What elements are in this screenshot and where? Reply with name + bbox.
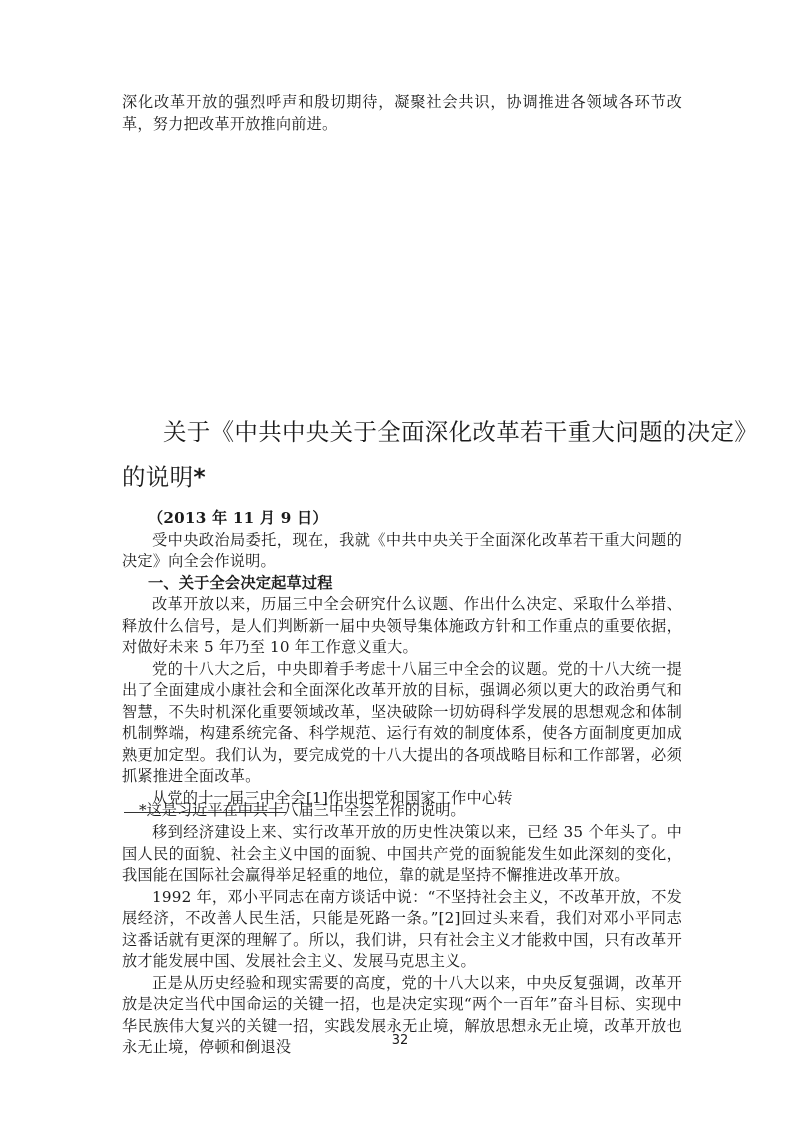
date-line: （2013 年 11 月 9 日） <box>122 508 682 530</box>
top-paragraph: 深化改革开放的强烈呼声和殷切期待，凝聚社会共识，协调推进各领域各环节改革，努力把… <box>122 92 682 135</box>
title-line-2-text: 的说明 <box>122 463 193 491</box>
continuation-paragraph: 移到经济建设上来、实行改革开放的历史性决策以来，已经 35 个年头了。中国人民的… <box>122 822 682 887</box>
section-heading: 一、关于全会决定起草过程 <box>122 573 682 595</box>
page-number: 32 <box>0 1033 800 1048</box>
footnote-separator <box>124 812 286 813</box>
title-line-1: 关于《中共中央关于全面深化改革若干重大问题的决定》 <box>122 410 694 455</box>
document-title: 关于《中共中央关于全面深化改革若干重大问题的决定》 的说明* <box>122 410 694 500</box>
intro-paragraph: 受中央政治局委托，现在，我就《中共中央关于全面深化改革若干重大问题的决定》向全会… <box>122 530 682 573</box>
paragraph: 党的十八大之后，中央即着手考虑十八届三中全会的议题。党的十八大统一提出了全面建成… <box>122 659 682 788</box>
paragraph: 1992 年，邓小平同志在南方谈话中说：“不坚持社会主义，不改革开放，不发展经济… <box>122 887 682 973</box>
footnote-marker: * <box>193 463 206 491</box>
continued-text-block: 移到经济建设上来、实行改革开放的历史性决策以来，已经 35 个年头了。中国人民的… <box>122 822 682 1059</box>
footnote-text: *这是习近平在中共十八届三中全会上作的说明。 <box>122 800 682 822</box>
top-text-block: 深化改革开放的强烈呼声和殷切期待，凝聚社会共识，协调推进各领域各环节改革，努力把… <box>122 92 682 135</box>
document-page: 深化改革开放的强烈呼声和殷切期待，凝聚社会共识，协调推进各领域各环节改革，努力把… <box>0 0 800 1131</box>
body-text-block: （2013 年 11 月 9 日） 受中央政治局委托，现在，我就《中共中央关于全… <box>122 508 682 809</box>
paragraph: 改革开放以来，历届三中全会研究什么议题、作出什么决定、采取什么举措、释放什么信号… <box>122 594 682 659</box>
footnote-area: *这是习近平在中共十八届三中全会上作的说明。 <box>122 800 682 822</box>
title-line-2: 的说明* <box>122 455 694 500</box>
